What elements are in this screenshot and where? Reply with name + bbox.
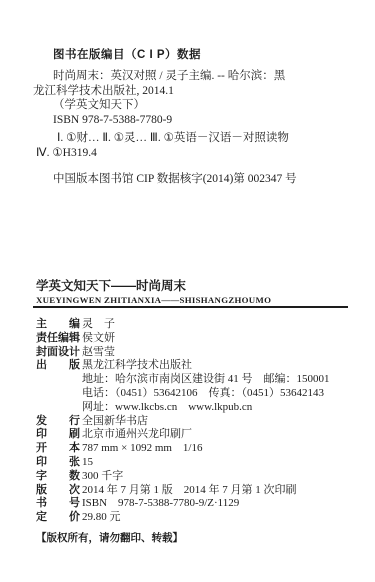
- cip-classification: Ⅰ. ①财… Ⅱ. ①灵… Ⅲ. ①英语－汉语－对照读物 Ⅳ. ①H319.4: [33, 131, 365, 161]
- colophon-row-label: 发 行: [36, 415, 82, 429]
- colophon-row-address: 地址：哈尔滨市南岗区建设街 41 号 邮编：150001: [36, 373, 369, 387]
- colophon-row-format: 开 本 787 mm × 1092 mm 1/16: [36, 442, 369, 456]
- colophon-row-price: 定 价 29.80 元: [36, 511, 369, 525]
- colophon-row-word-count: 字 数 300 千字: [36, 470, 369, 484]
- colophon-row-cover-design: 封面设计 赵雪莹: [36, 346, 369, 360]
- colophon-row-value: 北京市通州兴龙印刷厂: [82, 428, 369, 442]
- colophon-row-value: 电话：（0451）53642106 传真：（0451）53642143: [82, 387, 369, 401]
- colophon-row-value: 地址：哈尔滨市南岗区建设街 41 号 邮编：150001: [82, 373, 369, 387]
- colophon-row-label: 版 次: [36, 484, 82, 498]
- colophon-row-chief-editor: 主 编 灵 子: [36, 318, 369, 332]
- colophon-row-publisher: 出 版 黑龙江科学技术出版社: [36, 359, 369, 373]
- colophon-row-edition: 版 次 2014 年 7 月第 1 版 2014 年 7 月第 1 次印刷: [36, 484, 369, 498]
- colophon-row-distribution: 发 行 全国新华书店: [36, 415, 369, 429]
- colophon-row-label: [36, 373, 82, 387]
- colophon-row-label: 责任编辑: [36, 332, 82, 346]
- colophon-row-value: 787 mm × 1092 mm 1/16: [82, 442, 369, 456]
- colophon-row-value: 灵 子: [82, 318, 369, 332]
- cip-header: 图书在版编目（C I P）数据: [53, 46, 201, 62]
- colophon-row-printing: 印 刷 北京市通州兴龙印刷厂: [36, 428, 369, 442]
- colophon-row-value: 2014 年 7 月第 1 版 2014 年 7 月第 1 次印刷: [82, 484, 369, 498]
- colophon-row-book-number: 书 号 ISBN 978-7-5388-7780-9/Z·1129: [36, 497, 369, 511]
- colophon-row-label: 封面设计: [36, 346, 82, 360]
- colophon-row-value: 侯文妍: [82, 332, 369, 346]
- colophon-row-value: 黑龙江科学技术出版社: [82, 359, 369, 373]
- colophon-row-website: 网址：www.lkcbs.cn www.lkpub.cn: [36, 401, 369, 415]
- colophon-row-value: 15: [82, 456, 369, 470]
- colophon-row-value: 29.80 元: [82, 511, 369, 525]
- cip-isbn-line: ISBN 978-7-5388-7780-9: [33, 113, 359, 128]
- cip-classification-line-1: Ⅰ. ①财… Ⅱ. ①灵… Ⅲ. ①英语－汉语－对照读物: [33, 131, 365, 146]
- colophon-row-label: 出 版: [36, 359, 82, 373]
- cip-line: 时尚周末：英汉对照 / 灵子主编. -- 哈尔滨：黑: [33, 69, 359, 84]
- colophon-row-label: 定 价: [36, 511, 82, 525]
- series-title-pinyin: XUEYINGWEN ZHITIANXIA——SHISHANGZHOUMO: [36, 295, 271, 305]
- copyright-page: 图书在版编目（C I P）数据 时尚周末：英汉对照 / 灵子主编. -- 哈尔滨…: [0, 0, 375, 582]
- colophon-row-responsible-editor: 责任编辑 侯文妍: [36, 332, 369, 346]
- colophon-table: 主 编 灵 子 责任编辑 侯文妍 封面设计 赵雪莹 出 版 黑龙江科学技术出版社…: [36, 318, 369, 525]
- cip-record-line: 中国版本图书馆 CIP 数据核字(2014)第 002347 号: [53, 170, 297, 186]
- colophon-row-value: 全国新华书店: [82, 415, 369, 429]
- colophon-row-sheets: 印 张 15: [36, 456, 369, 470]
- colophon-row-label: 印 刷: [36, 428, 82, 442]
- colophon-row-value: 网址：www.lkcbs.cn www.lkpub.cn: [82, 401, 369, 415]
- cip-line: （学英文知天下）: [33, 98, 359, 113]
- cip-classification-line-2: Ⅳ. ①H319.4: [33, 146, 365, 161]
- divider-rule: [33, 306, 348, 308]
- colophon-row-label: 开 本: [36, 442, 82, 456]
- colophon-row-label: [36, 387, 82, 401]
- series-title: 学英文知天下——时尚周末: [36, 276, 186, 294]
- copyright-notice: 【版权所有，请勿翻印、转载】: [36, 530, 183, 545]
- colophon-row-value: 赵雪莹: [82, 346, 369, 360]
- cip-line: 龙江科学技术出版社, 2014.1: [33, 84, 359, 99]
- cip-description: 时尚周末：英汉对照 / 灵子主编. -- 哈尔滨：黑 龙江科学技术出版社, 20…: [33, 69, 359, 128]
- colophon-row-value: ISBN 978-7-5388-7780-9/Z·1129: [82, 497, 369, 511]
- colophon-row-label: [36, 401, 82, 415]
- colophon-row-phone: 电话：（0451）53642106 传真：（0451）53642143: [36, 387, 369, 401]
- colophon-row-value: 300 千字: [82, 470, 369, 484]
- colophon-row-label: 印 张: [36, 456, 82, 470]
- colophon-row-label: 字 数: [36, 470, 82, 484]
- colophon-row-label: 书 号: [36, 497, 82, 511]
- colophon-row-label: 主 编: [36, 318, 82, 332]
